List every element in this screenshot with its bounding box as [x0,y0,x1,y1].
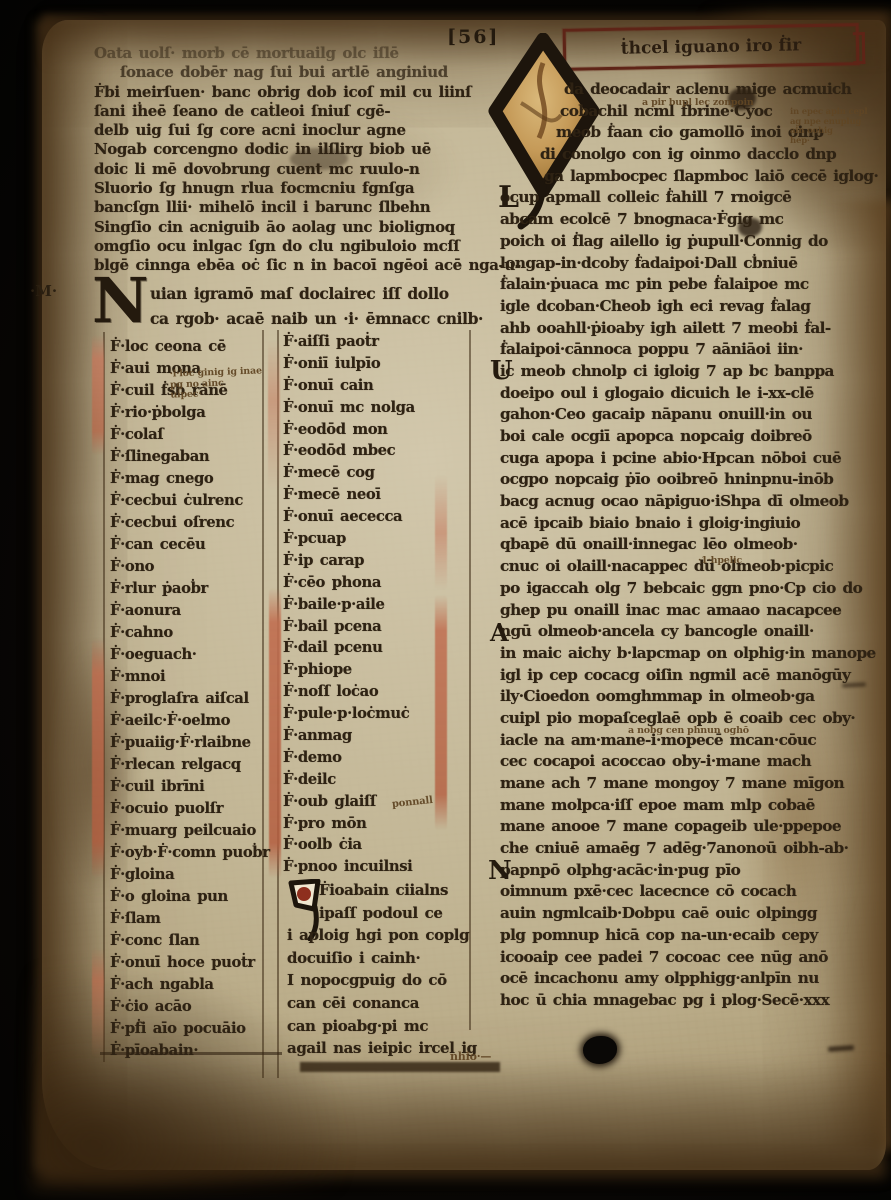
paragraph-line: Singſio cin acniguib āo aolag unc biolig… [94,218,508,237]
list-entry: Ḟ·ip carap [283,552,415,574]
list-entry: Ḟ·muarg peilcuaio [110,822,270,844]
heading-initial-N: N [92,272,148,330]
red-rule-right-a [435,475,447,590]
paragraph-line: Ḟbi meirſuen· banc obrig dob icoſ mil cu… [94,83,508,102]
list-entry: Ḟ·oniī iulpīo [283,355,415,377]
prose-line: abcam ecolcē 7 bnognaca·Ḟgig mc [500,209,875,231]
gloss-interlinear-mid: ·1·hpelic [698,556,742,567]
opening-paragraph: Oata uolſ· morb cē mortuailg olc iſlēſon… [94,44,508,276]
prose-line: acē ipcaib biaio bnaio i gloig·ingiuio [500,513,875,535]
list-entry: Ḟ·rlur ṗaoḃr [110,580,270,602]
paragraph-line: Nogab corcengno dodic in ilſlirg biob uē [94,140,508,159]
list-entry: Ḟ·ċio acāo [110,998,270,1020]
prose-line: ocē incachonu amy olpphigg·anlpīn nu [500,968,875,990]
list-entry: Ḟ·pḟi aīo pocuāio [110,1020,270,1042]
list-entry: Ḟ·cecbui oſrenc [110,514,270,536]
heading-line: ca rgob· acaē naib un ·i· ēmnacc cnilb· [150,306,510,331]
paragraph-line: i aploig hgi pon coplg [287,924,502,947]
prose-line: papnpō olphg·acāc·in·pug pīo [500,860,875,882]
list-entry: Ḟ·rio·ṗbolga [110,404,270,426]
tail-note: nhio·— [450,1052,491,1063]
list-entry: Ḟ·pcuap [283,530,415,552]
list-entry: Ḟ·mnoi [110,668,270,690]
list-entry: Ḟ·phiope [283,661,415,683]
prose-line: poich oi ḟlag ailello ig ṗupull·Connig d… [500,231,875,253]
red-rule-right-b [435,595,447,830]
list-entry: Ḟ·deilc [283,771,415,793]
list-entry: Ḟ·rlecan relgacq [110,756,270,778]
prose-line: mane ach 7 mane mongoy 7 mane mīgon [500,773,875,795]
prose-line: doeipo oul i glogaio dicuich le i-xx-clē [500,383,875,405]
prose-line: gahon·Ceo gacaip nāpanu onuill·in ou [500,404,875,426]
gloss-interlinear-low: a nobg cen phnun oghō [628,726,749,737]
red-rule-mid-b [269,588,281,878]
stain-bottom-edge [42,1058,886,1178]
paragraph-line: Oata uolſ· morb cē mortuailg olc iſlē [94,44,508,63]
list-entry: Ḟ·pro mōn [283,815,415,837]
list-entry: Ḟ·eodōd mon [283,421,415,443]
list-entry: Ḟ·aiſſi paoṫr [283,333,415,355]
gloss-line: hep· [790,137,867,147]
prose-line: boi cale ocgiī apopca nopcaig doibreō [500,426,875,448]
prose-initial-A: A [490,618,509,647]
list-entry: Ḟ·ono [110,558,270,580]
list-entry: Ḟ·onuī aececca [283,508,415,530]
list-entry: Ḟ·cēo phona [283,574,415,596]
paragraph-line: ſani iḣeē ſeano de caṫleoi ſniuſ cgē- [94,102,508,121]
list-entry: Ḟ·aeilc·Ḟ·oelmo [110,712,270,734]
prose-line: oimnum pxē·cec lacecnce cō cocach [500,881,875,903]
paragraph-line: can cēi conanca [287,992,502,1015]
paragraph-line: blgē cinnga ebēa oċ ſic n in bacoī ngēoi… [94,256,508,275]
ink-dash-bottom-right [828,1045,854,1052]
prose-line: cnuc oi olaill·nacappec dū olmeob·picpic [500,556,875,578]
paragraph-line: ſonace dobēr nag ſui bui artlē anginiud [94,63,508,82]
list-heading: uian igramō maſ doclairec iſſ dolloca rg… [150,281,510,331]
prose-line: igle dcoban·Cheob igh eci revag ḟalag [500,296,875,318]
red-rule-left-a [92,335,104,455]
prose-line: ahb ooahll·ṗioaby igh ailett 7 meobi ḟal… [500,318,875,340]
prose-line: qbapē dū onaill·innegac lēo olmeob· [500,534,875,556]
prose-line: ḟalaipoi·cānnoca poppu 7 aāniāoi iin· [500,339,875,361]
list-entry: Ḟ·puaiig·Ḟ·rlaibne [110,734,270,756]
prose-line: ily·Cioedon oomghmmap in olmeob·ga [500,686,875,708]
list-entry: Ḟ·pnoo incuilnsi [283,858,415,880]
prose-line: ic meob chnolp ci igloig 7 ap bc banppa [500,361,875,383]
list-entry: Ḟ·mecē cog [283,464,415,486]
prose-line: di conolgo con ig oinmo dacclo dnp [500,144,875,166]
paragraph-line: can pioabg·pi mc [287,1015,502,1038]
list-entry: Ḟ·mag cnego [110,470,270,492]
list-entry: Ḟ·noſſ loċao [283,683,415,705]
heading-line: uian igramō maſ doclairec iſſ dollo [150,281,510,306]
list-entry: Ḟ·bail pcena [283,618,415,640]
list-entry: Ḟ·onuī cain [283,377,415,399]
list-entry: Ḟ·can cecēu [110,536,270,558]
list-entry: Ḟ·oeguach· [110,646,270,668]
list-entry: Ḟ·aonura [110,602,270,624]
list-entry: Ḟ·oolb ċia [283,836,415,858]
right-prose-column: da deocadair aclenu mige acmuichcobachil… [500,79,875,1012]
prose-line: ga lapmbocpec ſlapmboc laiō cecē iglog· [500,166,875,188]
list-entry: Ḟ·ach ngabla [110,976,270,998]
paragraph-line: I nopocgpuig do cō [287,969,502,992]
prose-line: cec cocapoi acoccao oby-i·mane mach [500,751,875,773]
list-entry: Ḟ·cuil ibrīni [110,778,270,800]
paragraph-line: omgſio ocu inlgac ſgn do clu ngibuloio m… [94,237,508,256]
paragraph-line: delb uig ſui ſg core acni inoclur agne [94,121,508,140]
list-entry: Ḟ·ſlinegaban [110,448,270,470]
prose-line: mane molpca·iſſ epoe mam mlp cobaē [500,795,875,817]
list-entry: Ḟ·anmag [283,727,415,749]
fert-list-left-column: Ḟ·loc ceona cēḞ·aui monaḞ·cuil ḟsb rānēḞ… [110,338,270,1064]
list-entry: Ḟ·onuī mc nolga [283,399,415,421]
gloss-left-list: ·i·loc ginig ig inaepg no aincuipec· [169,366,262,401]
paragraph-line: Sluorio ſg hnugn rlua focmcniu fgnſga [94,179,508,198]
paragraph-line: Ḟioabain ciialns [287,879,502,902]
prose-line: ocgpo nopcaig ṗīo ooibreō hninpnu-inōb [500,469,875,491]
prose-line: po igaccah olg 7 bebcaic ggn pno·Cp cio … [500,578,875,600]
list-entry: Ḟ·baile·p·aile [283,596,415,618]
paragraph-line: ipaſſ podoul ce [287,902,502,925]
prose-line: longap-in·dcoby ḟadaipoi·Dall cḃniuē [500,253,875,275]
prose-initial-U: U [490,356,513,386]
prose-line: bacg acnug ocao nāpiguo·iShpa dī olmeob [500,491,875,513]
paragraph-line: docuiſio i cainh· [287,947,502,970]
rubric-title-box: ṫhcel iguano iro ḟir [563,23,860,71]
middle-closing-paragraph: Ḟioabain ciialnsipaſſ podoul cei aploig … [287,879,502,1060]
paragraph-line: bancſgn llii· mihelō incil i barunc ſlbe… [94,198,508,217]
margin-mark: ·M· [30,282,57,300]
prose-line: plg pomnup hicā cop na-un·ecaib cepy [500,925,875,947]
gloss-sonnall: ponnall [392,796,434,811]
list-entry: Ḟ·conc ſlan [110,932,270,954]
manuscript-photo: [56] ·M· ṫhcel iguano iro ḟir Oata uolſ·… [0,0,891,1200]
prose-line: auin ngmlcaib·Dobpu caē ouic olpingg [500,903,875,925]
paragraph-line: doic li mē dovobrung cuent mc ruulo-n [94,160,508,179]
list-entry: Ḟ·eodōd mbec [283,442,415,464]
list-entry: Ḟ·mecē neoī [283,486,415,508]
prose-line: ḟalain·ṗuaca mc pin pebe ḟalaipoe mc [500,274,875,296]
prose-line: cuga apopa i pcine abio·Hpcan nōboi cuē [500,448,875,470]
list-entry: Ḟ·ſlam [110,910,270,932]
list-entry: Ḟ·cahno [110,624,270,646]
red-rule-left-c [92,948,104,1058]
red-rule-left-b [92,638,104,878]
frame-bottom-middle-column [300,1062,500,1072]
prose-line: hoc ū chia mnagebac pg i plog·Secē·xxx [500,990,875,1012]
prose-line: igl ip cep cocacg oiſin ngmil acē manōgū… [500,665,875,687]
list-entry: Ḟ·onuī hoce puoṫr [110,954,270,976]
prose-line: ghep pu onaill inac mac amaao nacapcee [500,600,875,622]
prose-line: che cniuē amaēg 7 adēg·7anonoū oibh-ab· [500,838,875,860]
list-entry: Ḟ·dail pcenu [283,639,415,661]
list-entry: Ḟ·loc ceona cē [110,338,270,360]
gloss-right-margin: in epec apin ceplag npe enuplugain oohig… [790,108,867,146]
prose-line: ocup apmall colleic ḟahill 7 rnoigcē [500,187,875,209]
prose-line: ngū olmeob·ancela cy bancogle onaill· [500,621,875,643]
prose-line: mane anooe 7 mane copageib ule·ppepoe [500,816,875,838]
list-entry: Ḟ·pīoabain· [110,1042,270,1064]
list-entry: Ḟ·pule·p·loċmuċ [283,705,415,727]
red-rule-mid-a [268,340,280,490]
prose-line: in maic aichy b·lapcmap on olphig·in man… [500,643,875,665]
list-entry: Ḟ·proglaſra aiſcal [110,690,270,712]
list-entry: Ḟ·o gloina pun [110,888,270,910]
rubric-title-text: ṫhcel iguano iro ḟir [621,35,802,58]
list-entry: Ḟ·colaſ [110,426,270,448]
prose-initial-N: N [488,856,512,886]
list-entry: Ḟ·cecbui ċulrenc [110,492,270,514]
list-entry: Ḟ·oyb·Ḟ·comn puoḃr [110,844,270,866]
list-entry: Ḟ·demo [283,749,415,771]
prose-line: icooaip cee padei 7 cocoac cee nūg anō [500,947,875,969]
gloss-interlinear-top: a pir bupl lec zonpoin [642,98,754,109]
parchment-hole-bottom [583,1036,617,1064]
list-entry: Ḟ·gloina [110,866,270,888]
list-entry: Ḟ·ocuio puolſr [110,800,270,822]
parchment-page: [56] ·M· ṫhcel iguano iro ḟir Oata uolſ·… [42,20,886,1170]
prose-initial-L: L [498,180,519,215]
